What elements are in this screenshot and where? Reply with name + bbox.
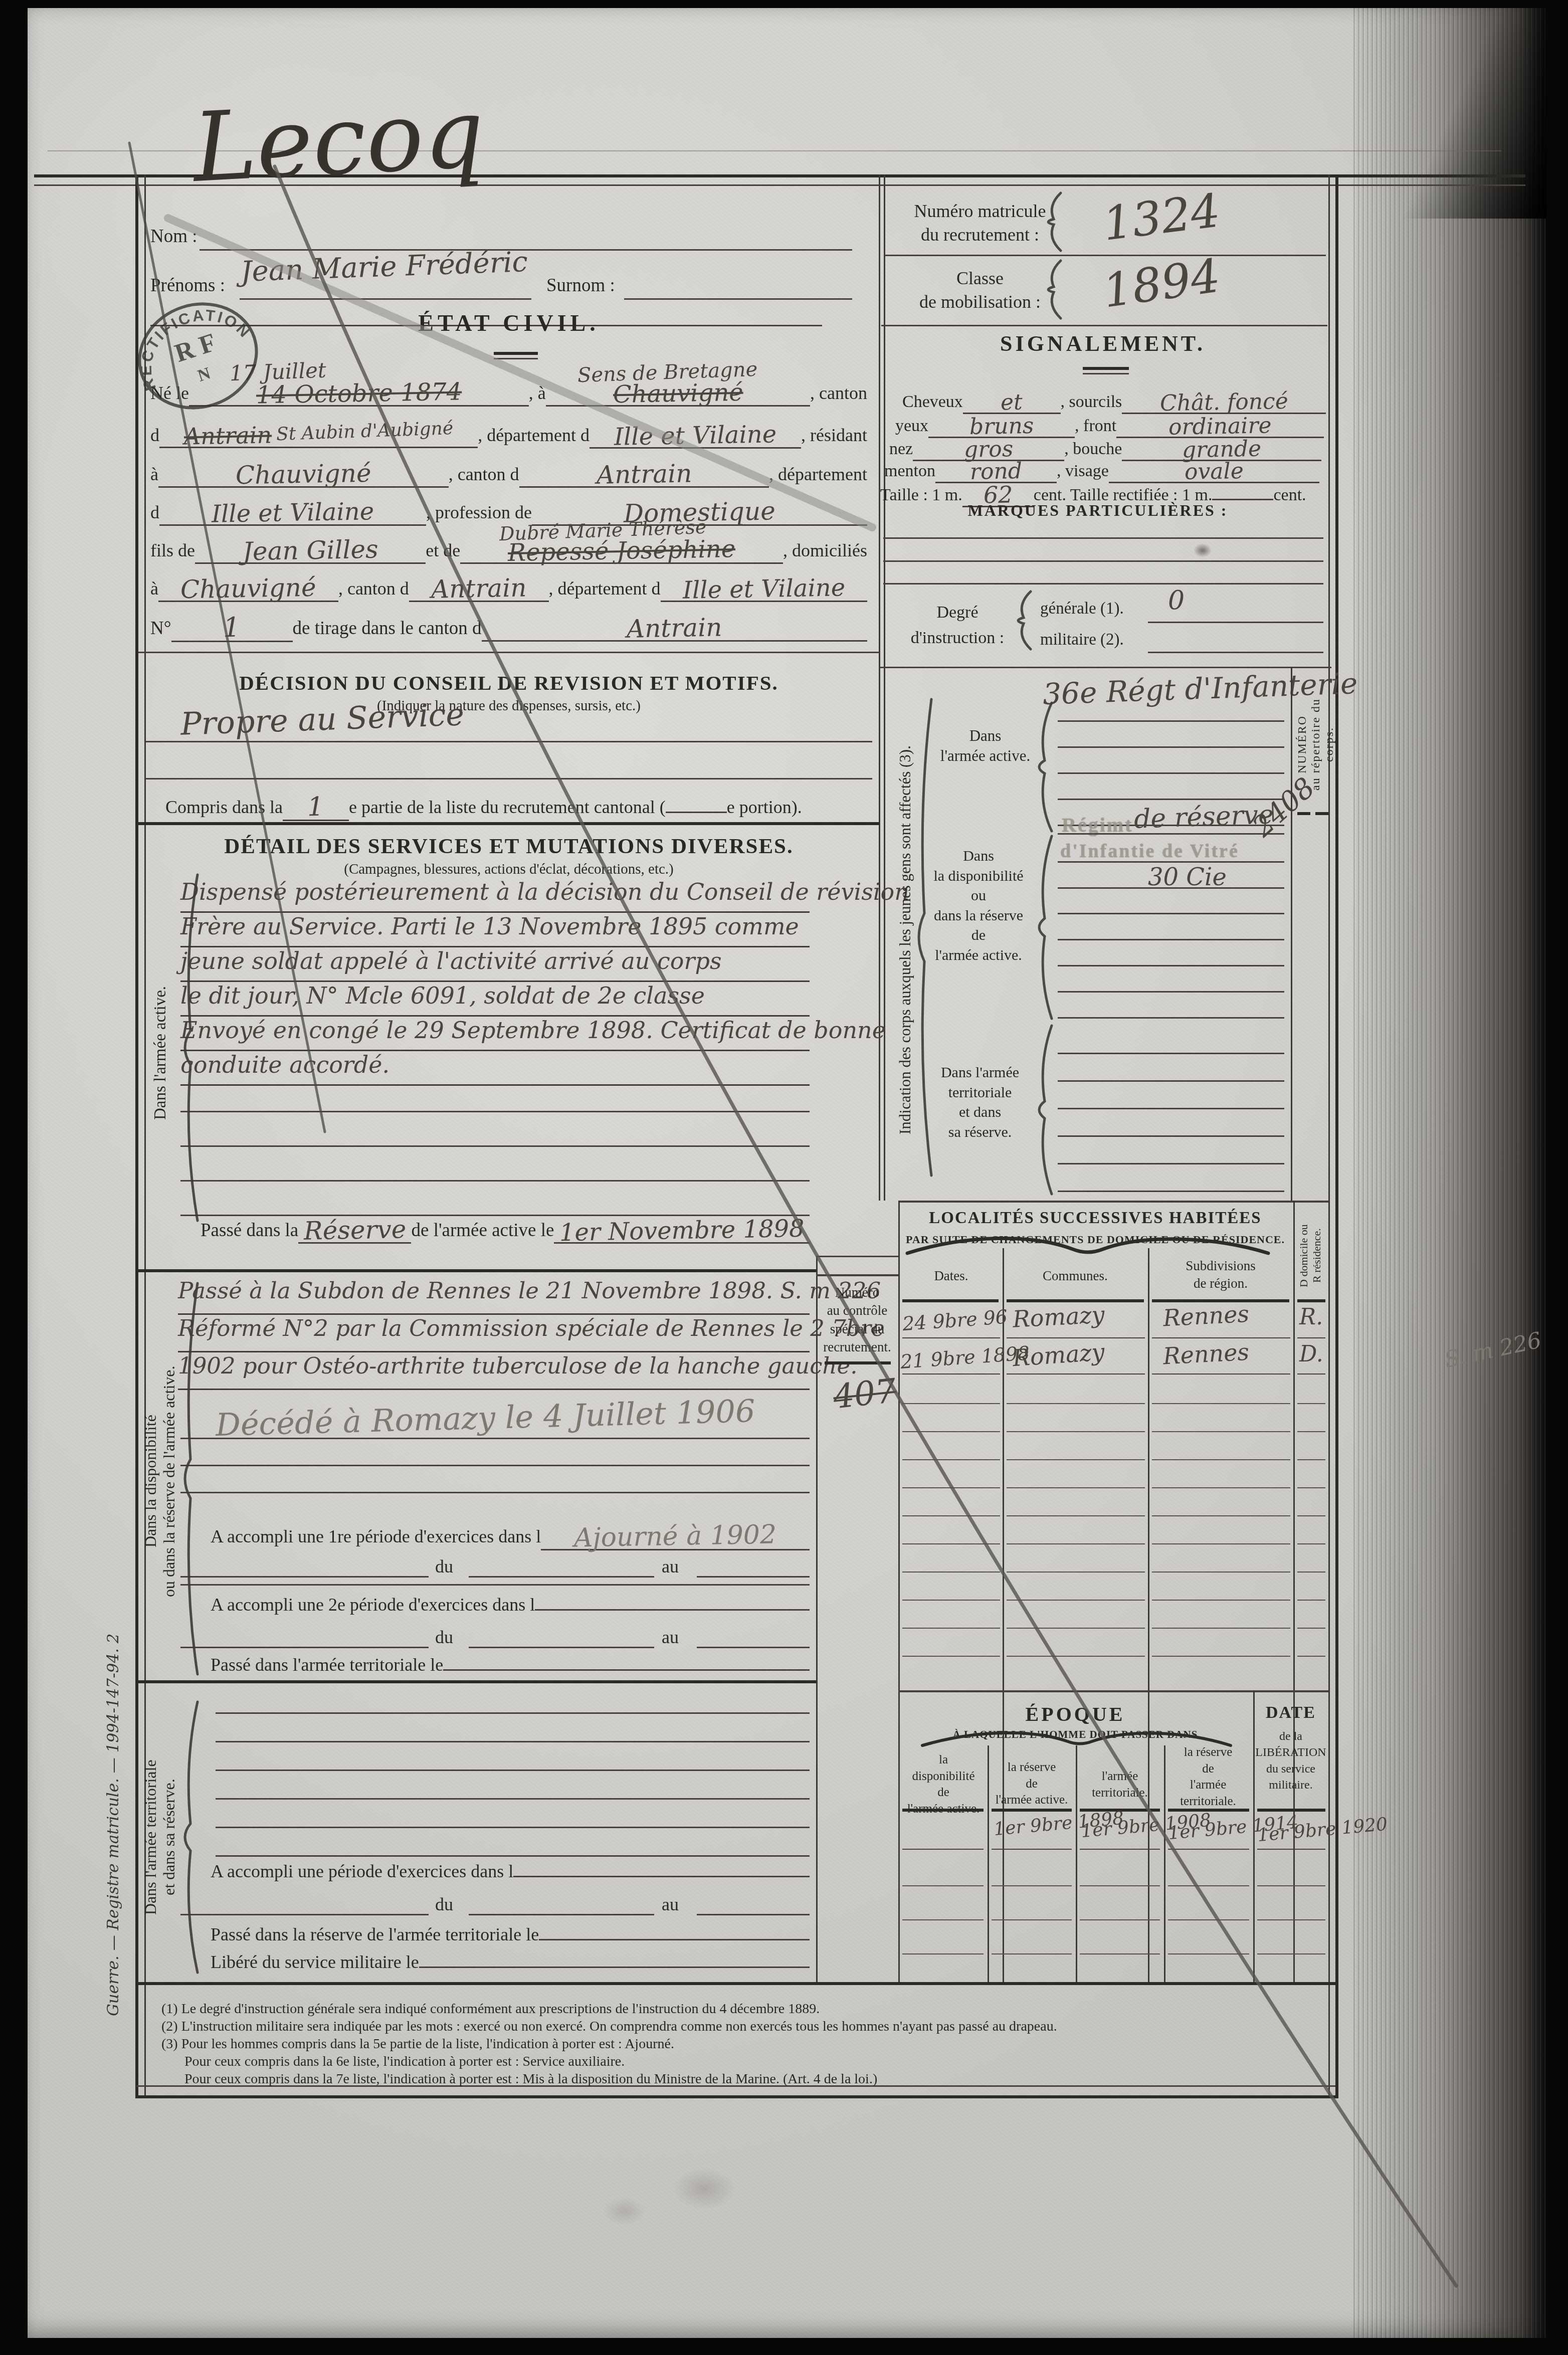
localites-row2-dr: D. (1299, 1341, 1323, 1367)
departement-label: , département d (478, 425, 590, 446)
epoque-row-line-3 (1080, 1849, 1160, 1850)
stamp-inner-text: R F (171, 328, 220, 368)
localites-row1-line-c (1152, 1337, 1290, 1338)
services-entry-line6: conduite accordé. (180, 1051, 389, 1078)
localites-header-rule-2 (1007, 1299, 1144, 1302)
tirage-bottom-rule (138, 652, 879, 653)
epoque-divider-3 (1164, 1745, 1165, 1983)
du-label-1: du (435, 1556, 453, 1577)
degre-label: Degré d'instruction : (902, 600, 1013, 651)
footnote-5: Pour ceux compris dans la 7e liste, l'in… (184, 2071, 877, 2087)
epoque-row-line-1 (902, 1849, 984, 1850)
repertoire-tick-2 (1315, 812, 1328, 815)
passe-territoriale-label: Passé dans l'armée territoriale le (211, 1654, 443, 1675)
decision-title: DÉCISION DU CONSEIL DE REVISION ET MOTIF… (165, 671, 852, 695)
degre-generale-line (1148, 622, 1323, 623)
visage-label: , visage (1057, 462, 1109, 481)
compris-row: Compris dans la 1 e partie de la liste d… (165, 790, 837, 821)
periode1-slot: Ajourné à 1902 (541, 1519, 810, 1550)
bottom-rule-thick (136, 2095, 1335, 2098)
periode2-slot (535, 1609, 810, 1611)
epoque-col1-label: la disponibilité de l'armée active. (900, 1752, 987, 1817)
localites-row2-line-b (1007, 1373, 1145, 1375)
cheveux-label: Cheveux (902, 393, 963, 412)
compris-label-2: e partie de la liste du recrutement cant… (349, 797, 666, 818)
localites-header-rule-4 (1297, 1299, 1325, 1302)
marques-line-2 (883, 560, 1323, 562)
commune-residence-slot: Chauvigné (158, 457, 449, 488)
book-page-edges (1353, 8, 1546, 2338)
passe-reserve-value: Réserve (303, 1215, 406, 1246)
periode1-extra-line (180, 1584, 810, 1586)
services-entry-line2: Frère au Service. Parti le 13 Novembre 1… (180, 913, 799, 940)
repertoire-divider (1291, 667, 1292, 1201)
corps-line-r2 (1058, 861, 1284, 863)
right-border-thin (1328, 174, 1330, 2098)
mere-slot: Repessé Joséphine Dubré Marie Thérèse (460, 534, 783, 564)
localites-blank-c (1152, 1376, 1290, 1682)
yeux-label: yeux (895, 417, 928, 436)
reserve-territoriale-label: Passé dans la réserve de l'armée territo… (211, 1924, 539, 1945)
epoque-top-border (898, 1690, 1328, 1692)
dispo-entry: Passé à la Subdon de Rennes le 21 Novemb… (178, 1277, 810, 1390)
controle-col-left-border (816, 1256, 818, 1983)
profession-label: , profession de (426, 502, 532, 523)
epoque-date-title: DATE (1255, 1703, 1326, 1722)
localites-row1-subdivision: Rennes (1162, 1300, 1250, 1332)
departement2-slot: Ille et Vilaine (159, 496, 426, 526)
services-title: DÉTAIL DES SERVICES ET MUTATIONS DIVERSE… (165, 834, 852, 859)
services-entry-line4: le dit jour, N° Mcle 6091, soldat de 2e … (180, 982, 705, 1009)
localites-blank-d (1297, 1376, 1325, 1682)
passe-reserve-label-1: Passé dans la (201, 1220, 298, 1241)
pere-slot: Jean Gilles (195, 533, 426, 564)
fils-de-label: fils de (150, 540, 195, 561)
tirage-row: N° 1 de tirage dans le canton d Antrain (150, 609, 867, 642)
departement3-label: , département d (549, 578, 661, 599)
surnom-label: Surnom : (546, 275, 615, 296)
compris-value: 1 (307, 792, 324, 823)
au-label-1: au (662, 1556, 679, 1577)
libere-slot (419, 1967, 810, 1968)
sourcils-label: , sourcils (1061, 393, 1122, 412)
right-border-thick (1335, 174, 1338, 2098)
compris-label-3: e portion). (727, 797, 802, 818)
footnote-2: (2) L'instruction militaire sera indiqué… (161, 2019, 1057, 2035)
footnote-3: (3) Pour les hommes compris dans la 5e p… (161, 2036, 674, 2052)
commune-domicile: Chauvigné (180, 573, 316, 605)
departement2-value: Ille et Vilaine (211, 497, 374, 528)
front-label: , front (1075, 417, 1116, 436)
footnotes-top-rule (136, 1982, 1335, 1985)
surnom-line (624, 298, 852, 300)
localites-row1-commune: Romazy (1012, 1301, 1105, 1333)
localites-title: LOCALITÉS SUCCESSIVES HABITÉES (902, 1209, 1288, 1228)
lieu-naissance-slot: Chauvigné Sens de Bretagne (546, 377, 810, 407)
localites-row1-line-d (1297, 1337, 1325, 1338)
epoque-header-rule-1 (902, 1809, 984, 1812)
portion-slot (666, 812, 727, 813)
degre-militaire-label: militaire (2). (1040, 631, 1124, 649)
numero-tirage-value: 1 (223, 612, 241, 644)
marques-label: MARQUES PARTICULIÈRES : (927, 501, 1268, 520)
footnote-4: Pour ceux compris dans la 6e liste, l'in… (184, 2054, 625, 2070)
dispo-section-rule (138, 1269, 816, 1272)
epoque-date-subtitle: de la LIBÉRATION du service militaire. (1255, 1728, 1326, 1794)
services-entry-line5: Envoyé en congé le 29 Septembre 1898. Ce… (180, 1017, 886, 1044)
signalement-row-cheveux: Cheveux et , sourcils Chât. foncé (902, 387, 1326, 414)
epoque-blank-5 (1257, 1852, 1325, 1963)
localites-col-dr: D domicile ou R résidence. (1297, 1203, 1326, 1308)
dispo-entry-line3: 1902 pour Ostéo-arthrite tuberculose de … (178, 1352, 857, 1379)
passe-reserve-row: Passé dans la Réserve de l'armée active … (201, 1213, 810, 1244)
canton-label: , canton (810, 382, 867, 404)
dispo-blank-line-1 (180, 1465, 810, 1466)
corps-active-label: Dans l'armée active. (931, 726, 1039, 766)
decision-bottom-rule (138, 822, 879, 825)
epoque-col3-label: l'armée territoriale. (1077, 1769, 1163, 1801)
epoque-blank-4 (1168, 1852, 1249, 1963)
name-signature: Lecoq (190, 78, 487, 204)
dispo-entry-line2: Réformé N°2 par la Commission spéciale d… (178, 1315, 885, 1341)
canton-domicile: Antrain (431, 573, 527, 604)
localites-row1-line-a (902, 1337, 1000, 1338)
services-entry: Dispensé postérieurement à la décision d… (180, 878, 810, 1086)
au-label-2: au (662, 1627, 679, 1648)
canton2-label: , canton d (449, 464, 519, 485)
etat-civil-dash1 (494, 352, 538, 355)
periode3-label: A accompli une période d'exercices dans … (211, 1861, 513, 1882)
domicilies-label: , domiciliés (783, 540, 867, 561)
passe-territoriale-slot (443, 1669, 810, 1671)
du-label-2: du (435, 1627, 453, 1648)
controle-value: 407 (831, 1371, 898, 1417)
localites-row1-line-b (1007, 1337, 1145, 1338)
marques-line-1 (883, 537, 1323, 539)
corps-dispo-blank-lines (1058, 888, 1284, 1019)
corps-dispo-label: Dans la disponibilité ou dans la réserve… (918, 846, 1039, 965)
localites-blank-a (902, 1376, 1000, 1682)
localites-row2-line-c (1152, 1373, 1290, 1375)
au-label-3: au (662, 1894, 679, 1915)
epoque-col4-label: la réserve de l'armée territoriale. (1165, 1744, 1251, 1810)
epoque-subtitle: À LAQUELLE L'HOMME DOIT PASSER DANS (902, 1728, 1248, 1741)
margin-indication-corps: Indication des corps auxquels les jeunes… (896, 692, 916, 1188)
epoque-row-line-2 (992, 1849, 1072, 1850)
localites-row2-line-a (902, 1373, 1000, 1375)
du-label-3: du (435, 1894, 453, 1915)
stamp-inner-text-2: N (195, 364, 213, 385)
classe-divider (881, 325, 1327, 326)
canton-residence-slot: Antrain (519, 457, 769, 488)
canton-domicile-slot: Antrain (409, 571, 549, 602)
reserve-territoriale-row: Passé dans la réserve de l'armée territo… (211, 1924, 810, 1945)
controle-header-rule (825, 1361, 891, 1364)
etat-civil-row-profession: d Ille et Vilaine , profession de Domest… (150, 495, 867, 526)
localites-row2-subdivision: Rennes (1162, 1338, 1250, 1370)
corps-stamp-vitre: d'Infantie de Vitré (1060, 840, 1239, 862)
nom-label: Nom : (150, 226, 198, 247)
margin-disponibilite: Dans la disponibilité ou dans la réserve… (141, 1288, 183, 1674)
classe-label: Classe de mobilisation : (897, 267, 1063, 314)
territoriale-blank-lines (216, 1685, 810, 1857)
cent-label: cent. (1273, 486, 1306, 505)
services-entry-line3: jeune soldat appelé à l'activité arrivé … (180, 947, 722, 974)
localites-header-rule-1 (902, 1299, 999, 1302)
corps-line-r1 (1058, 833, 1284, 835)
compris-slot: 1 (283, 790, 349, 821)
numero-tirage-label: N° (150, 618, 171, 639)
epoque-blank-1 (902, 1852, 984, 1963)
degre-generale-value: 0 (1168, 585, 1185, 616)
canton-tirage-value: Antrain (627, 613, 722, 643)
localites-top-border (898, 1201, 1328, 1203)
localites-left-border (898, 1201, 900, 1983)
scanned-register-page: Lecoq Nom : Prénoms : Jean Marie Frédéri… (0, 0, 1568, 2355)
periode1-label: A accompli une 1re période d'exercices d… (211, 1526, 541, 1547)
canton3-label: , canton d (338, 578, 409, 599)
epoque-col2-label: la réserve de l'armée active. (989, 1759, 1075, 1809)
a3-label: à (150, 578, 158, 599)
epoque-blank-2 (992, 1852, 1072, 1963)
compris-label-1: Compris dans la (165, 797, 283, 818)
book-corner-shadow (1323, 8, 1546, 219)
epoque-blank-3 (1080, 1852, 1160, 1963)
services-entry-line1: Dispensé postérieurement à la décision d… (180, 878, 909, 905)
periode3-row: A accompli une période d'exercices dans … (211, 1861, 810, 1882)
pere-value: Jean Gilles (242, 535, 378, 566)
etat-civil-row-residence: à Chauvigné , canton d Antrain , départe… (150, 457, 867, 488)
passe-territoriale-row: Passé dans l'armée territoriale le (211, 1654, 810, 1675)
departement3-value: Ille et Vilaine (682, 573, 845, 605)
epoque-header-rule-2 (992, 1809, 1072, 1812)
departement-slot: Ille et Vilaine (590, 419, 801, 449)
cheveux-slot: et (963, 387, 1061, 414)
canton-new: St Aubin d'Aubigné (276, 418, 453, 445)
commune-residence: Chauvigné (236, 459, 371, 490)
canton-residence: Antrain (596, 459, 692, 489)
margin-armee-active: Dans l'armée active. (151, 892, 173, 1213)
localites-row1-dr: R. (1299, 1304, 1323, 1330)
spine-caption: Guerre. — Registre matricule. — 1994-147… (104, 1564, 124, 2085)
corps-terr-lines (1058, 1027, 1284, 1192)
localites-subtitle: PAR SUITE DE CHANGEMENTS DE DOMICILE OU … (902, 1233, 1288, 1246)
libere-row: Libéré du service militaire le (211, 1951, 810, 1973)
territoriale-section-rule (138, 1680, 816, 1683)
periode2-row: A accompli une 2e période d'exercices da… (211, 1594, 810, 1615)
deces-line (180, 1438, 810, 1439)
footnote-1: (1) Le degré d'instruction générale sera… (161, 2001, 820, 2017)
departement-value: Ille et Vilaine (614, 420, 777, 451)
matricule-divider (885, 255, 1326, 256)
dispo-entry-line1: Passé à la Subdon de Rennes le 21 Novemb… (178, 1277, 881, 1304)
departement2-label: , département (769, 464, 867, 485)
corps-terr-label: Dans l'armée territoriale et dans sa rés… (925, 1063, 1035, 1142)
periode1-row: A accompli une 1re période d'exercices d… (211, 1519, 810, 1550)
passe-reserve-date-slot: 1er Novembre 1898 (554, 1214, 810, 1244)
localites-blank-b (1007, 1376, 1145, 1682)
matricule-label: Numéro matricule du recrutement : (897, 200, 1063, 247)
epoque-divider-1 (988, 1745, 989, 1983)
canton-tirage-slot: Antrain (482, 611, 867, 642)
degre-militaire-line (1148, 652, 1323, 653)
passe-reserve-date: 1er Novembre 1898 (559, 1215, 805, 1247)
epoque-header-rule-5 (1257, 1809, 1325, 1812)
margin-territoriale: Dans l'armée territoriale et dans sa rés… (141, 1699, 183, 1975)
localites-col-dates: Dates. (902, 1268, 1000, 1284)
center-divider-a (879, 174, 880, 1201)
etat-civil-title: ÉTAT CIVIL. (301, 310, 717, 336)
localites-row2-line-d (1297, 1373, 1325, 1375)
localites-col-communes: Communes. (1005, 1268, 1145, 1284)
periode2-label: A accompli une 2e période d'exercices da… (211, 1594, 535, 1615)
numero-tirage-slot: 1 (171, 609, 293, 642)
rectification-stamp: RECTIFICATION R F N (118, 281, 288, 451)
epoque-row-line-4 (1168, 1849, 1249, 1850)
periode3-slot (513, 1876, 810, 1877)
etat-civil-dash2 (494, 358, 538, 359)
controle-col-top-line1 (816, 1256, 898, 1257)
commune-domicile-slot: Chauvigné (158, 571, 338, 602)
etat-civil-row-domicile: à Chauvigné , canton d Antrain , départe… (150, 571, 867, 602)
center-divider-b (884, 174, 885, 1201)
degre-generale-label: générale (1). (1040, 600, 1124, 618)
residant-label: , résidant (801, 425, 867, 446)
epoque-title: ÉPOQUE (902, 1702, 1248, 1726)
taille-rectifiee-slot (1212, 499, 1273, 500)
decision-line-1 (145, 741, 872, 742)
epoque-row-line-5 (1257, 1849, 1325, 1850)
services-blank-lines (180, 1078, 810, 1216)
signalement-bottom-rule (880, 667, 1331, 668)
signalement-dash2 (1083, 373, 1129, 374)
a2-label: à (150, 464, 158, 485)
controle-col-top-line2 (816, 1274, 898, 1276)
left-border-thick (135, 174, 138, 2098)
et-de-label: et de (426, 540, 460, 561)
dispo-blank-line-2 (180, 1492, 810, 1493)
a-label: , à (529, 382, 546, 404)
epoque-divider-2 (1076, 1745, 1077, 1983)
etat-civil-row-parents: fils de Jean Gilles et de Repessé Joséph… (150, 533, 867, 564)
libere-label: Libéré du service militaire le (211, 1951, 419, 1973)
departement3-slot: Ille et Vilaine (661, 572, 868, 602)
reserve-territoriale-slot (539, 1939, 810, 1940)
sourcils-slot: Chât. foncé (1122, 387, 1326, 414)
d2-label: d (150, 502, 159, 523)
controle-header: Numéro au contrôle spécial du recrutemen… (817, 1283, 897, 1356)
decision-line-2 (145, 778, 872, 779)
signalement-title: SIGNALEMENT. (927, 331, 1278, 356)
menton-label: menton (884, 462, 935, 481)
passe-reserve-label-2: de l'armée active le (411, 1220, 554, 1241)
localites-col-subdivisions: Subdivisions de région. (1150, 1257, 1291, 1292)
passe-reserve-slot: Réserve (298, 1213, 411, 1244)
periode1-value: Ajourné à 1902 (574, 1519, 777, 1553)
marques-line-3 (883, 583, 1323, 584)
services-subtitle: (Campagnes, blessures, actions d'éclat, … (165, 861, 852, 878)
tirage-text: de tirage dans le canton d (293, 618, 482, 639)
signalement-dash1 (1083, 367, 1129, 370)
